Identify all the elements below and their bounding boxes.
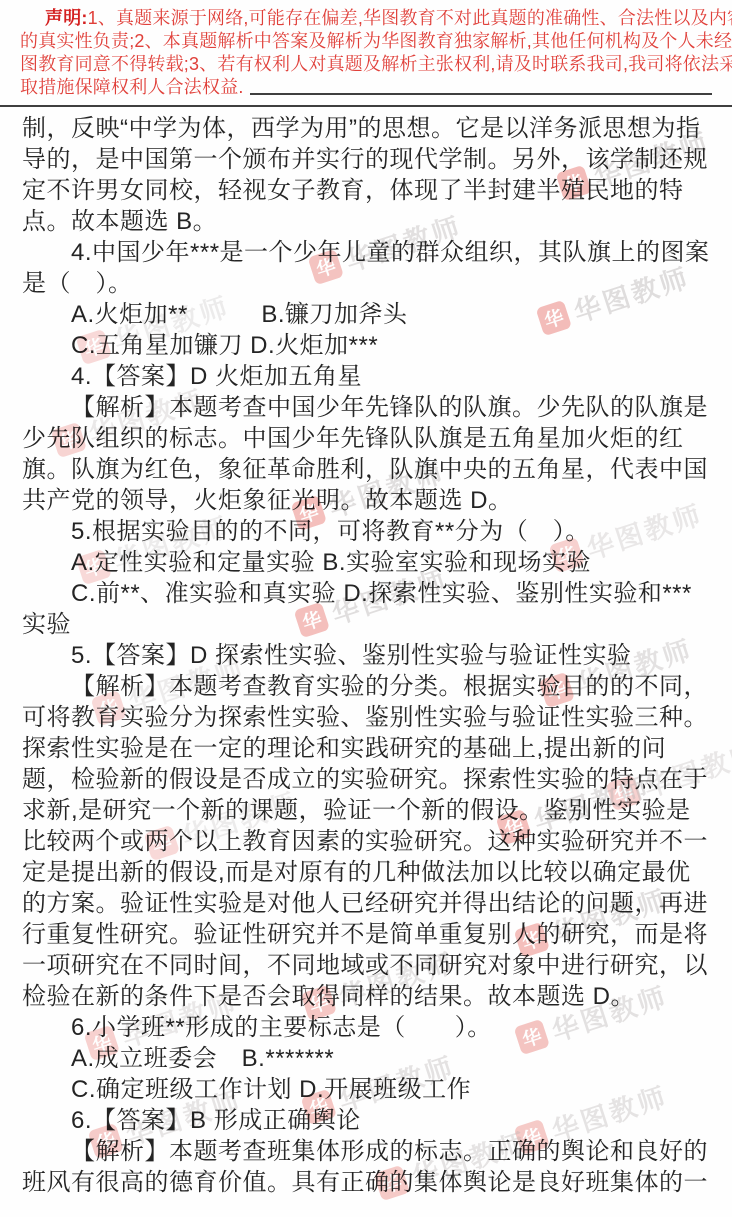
- disclaimer-line-text: 取措施保障权利人合法权益.: [20, 76, 244, 99]
- paragraph: 【解析】本题考查班集体形成的标志。正确的舆论和良好的班风有很高的德育价值。具有正…: [22, 1136, 710, 1198]
- disclaimer-line: 图教育同意不得转载;3、若有权利人对真题及解析主张权利,请及时联系我司,我司将依…: [20, 53, 712, 76]
- disclaimer-line-text: 1、真题来源于网络,可能存在偏差,华图教育不对此真题的准确性、合法性以及内容: [88, 8, 732, 28]
- disclaimer-line: 声明:1、真题来源于网络,可能存在偏差,华图教育不对此真题的准确性、合法性以及内…: [20, 7, 712, 30]
- paragraph: 4.中国少年***是一个少年儿童的群众组织，其队旗上的图案是（ ）。: [22, 237, 710, 299]
- paragraph: 6.【答案】B 形成正确舆论: [22, 1105, 710, 1136]
- document-page: 华华图教师华华图教师华华图教师华华图教师华华图教师华华图教师华华图教师华华图教师…: [0, 0, 732, 1217]
- paragraph: A.定性实验和定量实验 B.实验室实验和现场实验: [22, 547, 710, 578]
- paragraph: 6.小学班**形成的主要标志是（ ）。: [22, 1012, 710, 1043]
- paragraph: 4.【答案】D 火炬加五角星: [22, 361, 710, 392]
- paragraph: A.成立班委会 B.*******: [22, 1043, 710, 1074]
- paragraph: 5.根据实验目的的不同，可将教育**分为（ ）。: [22, 516, 710, 547]
- disclaimer-notice: 声明:1、真题来源于网络,可能存在偏差,华图教育不对此真题的准确性、合法性以及内…: [0, 0, 732, 107]
- paragraph: 【解析】本题考查教育实验的分类。根据实验目的的不同，可将教育实验分为探索性实验、…: [22, 671, 710, 1012]
- paragraph: C.五角星加镰刀 D.火炬加***: [22, 330, 710, 361]
- paragraph: 制，反映“中学为体，西学为用”的思想。它是以洋务派思想为指导的，是中国第一个颁布…: [22, 113, 710, 237]
- paragraph: 【解析】本题考查中国少年先锋队的队旗。少先队的队旗是少先队组织的标志。中国少年先…: [22, 392, 710, 516]
- separator-line-partial: [250, 93, 712, 95]
- document-body: 制，反映“中学为体，西学为用”的思想。它是以洋务派思想为指导的，是中国第一个颁布…: [0, 107, 732, 1198]
- disclaimer-label: 声明:: [45, 8, 88, 28]
- paragraph: 5.【答案】D 探索性实验、鉴别性实验与验证性实验: [22, 640, 710, 671]
- paragraph: C.前**、准实验和真实验 D.探索性实验、鉴别性实验和***实验: [22, 578, 710, 640]
- disclaimer-line: 的真实性负责;2、本真题解析中答案及解析为华图教育独家解析,其他任何机构及个人未…: [20, 30, 712, 53]
- disclaimer-line: 取措施保障权利人合法权益.: [20, 76, 712, 99]
- paragraph: C.确定班级工作计划 D.开展班级工作: [22, 1074, 710, 1105]
- paragraph: A.火炬加** B.镰刀加斧头: [22, 299, 710, 330]
